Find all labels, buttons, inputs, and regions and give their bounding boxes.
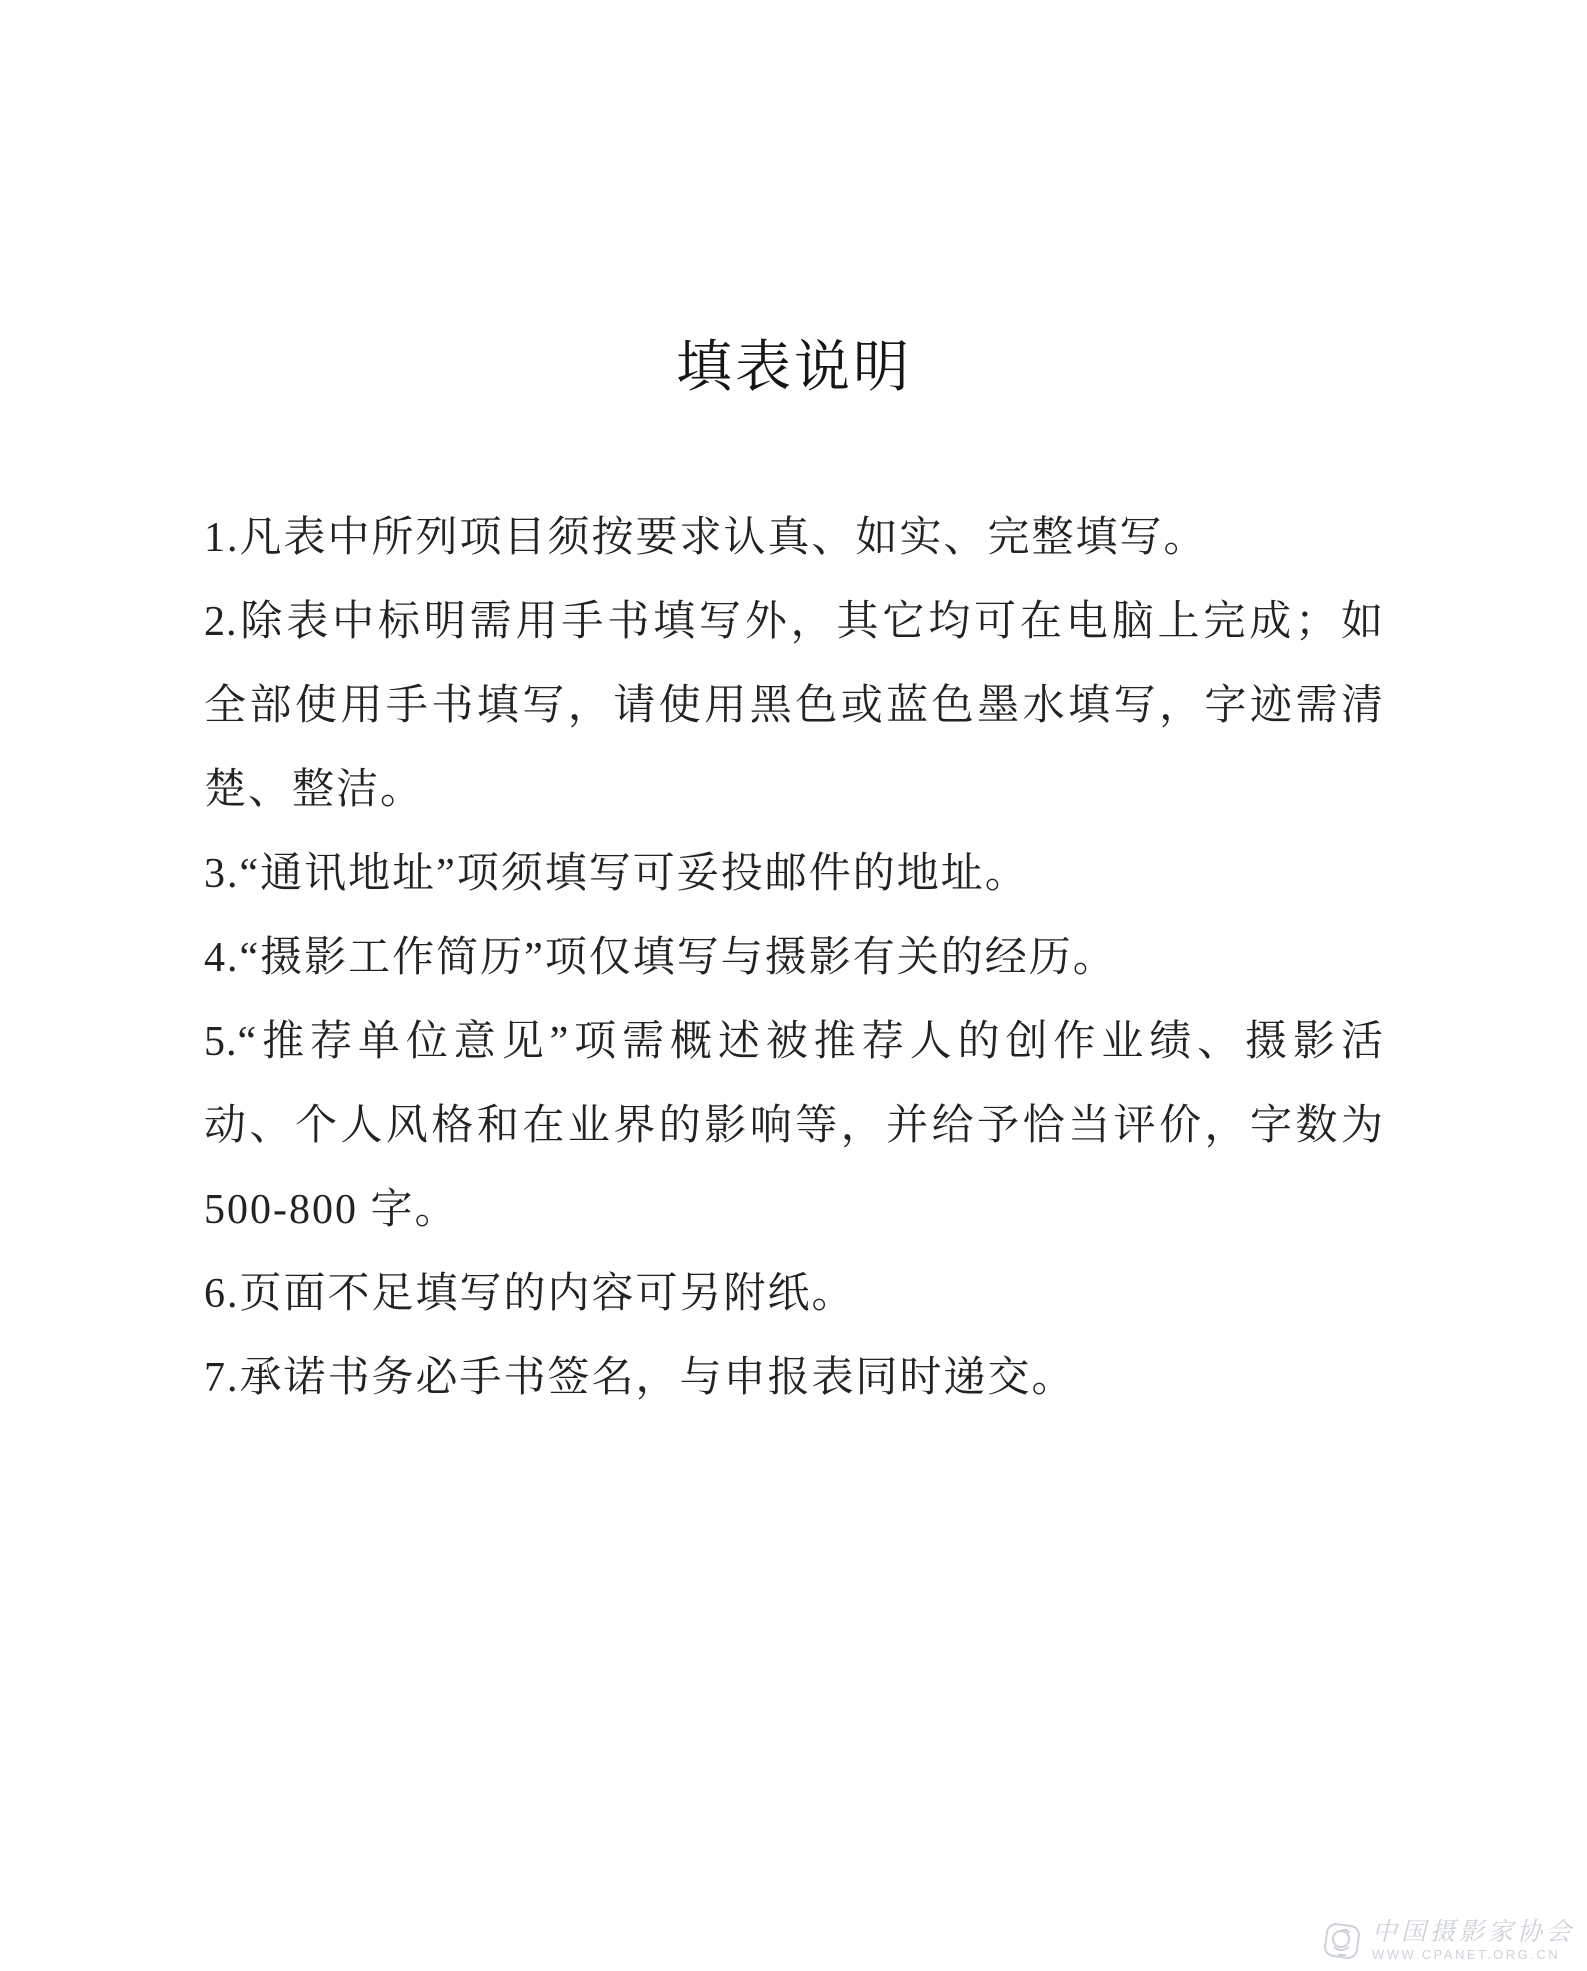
instruction-line: 楚、整洁。: [204, 748, 1384, 832]
instruction-item-5: 5.“推荐单位意见”项需概述被推荐人的创作业绩、摄影活 动、个人风格和在业界的影…: [204, 1000, 1384, 1252]
instruction-item-2: 2.除表中标明需用手书填写外，其它均可在电脑上完成；如 全部使用手书填写，请使用…: [204, 580, 1384, 832]
instructions-section: 填表说明 1.凡表中所列项目须按要求认真、如实、完整填写。 2.除表中标明需用手…: [204, 335, 1384, 1420]
instruction-line: 7.承诺书务必手书签名，与申报表同时递交。: [204, 1336, 1384, 1420]
instruction-line: 3.“通讯地址”项须填写可妥投邮件的地址。: [204, 832, 1384, 916]
watermark-text: 中国摄影家协会 WWW.CPANET.ORG.CN: [1372, 1920, 1575, 1962]
instruction-line: 2.除表中标明需用手书填写外，其它均可在电脑上完成；如: [204, 580, 1384, 664]
instruction-line: 动、个人风格和在业界的影响等，并给予恰当评价，字数为: [204, 1084, 1384, 1168]
instruction-line: 4.“摄影工作简历”项仅填写与摄影有关的经历。: [204, 916, 1384, 1000]
instruction-item-4: 4.“摄影工作简历”项仅填写与摄影有关的经历。: [204, 916, 1384, 1000]
instruction-line: 5.“推荐单位意见”项需概述被推荐人的创作业绩、摄影活: [204, 1000, 1384, 1084]
instruction-line: 1.凡表中所列项目须按要求认真、如实、完整填写。: [204, 496, 1384, 580]
document-page: 填表说明 1.凡表中所列项目须按要求认真、如实、完整填写。 2.除表中标明需用手…: [0, 0, 1587, 1971]
instruction-item-3: 3.“通讯地址”项须填写可妥投邮件的地址。: [204, 832, 1384, 916]
page-title: 填表说明: [204, 335, 1384, 401]
instruction-line: 全部使用手书填写，请使用黑色或蓝色墨水填写，字迹需清: [204, 664, 1384, 748]
instruction-line: 6.页面不足填写的内容可另附纸。: [204, 1252, 1384, 1336]
instruction-item-1: 1.凡表中所列项目须按要求认真、如实、完整填写。: [204, 496, 1384, 580]
instruction-item-6: 6.页面不足填写的内容可另附纸。: [204, 1252, 1384, 1336]
cpa-camera-logo-icon: [1320, 1917, 1364, 1965]
watermark: 中国摄影家协会 WWW.CPANET.ORG.CN: [1320, 1917, 1575, 1965]
watermark-url-text: WWW.CPANET.ORG.CN: [1372, 1948, 1560, 1962]
instruction-item-7: 7.承诺书务必手书签名，与申报表同时递交。: [204, 1336, 1384, 1420]
instruction-line: 500-800 字。: [204, 1168, 1384, 1252]
instruction-list: 1.凡表中所列项目须按要求认真、如实、完整填写。 2.除表中标明需用手书填写外，…: [204, 496, 1384, 1420]
watermark-org-text: 中国摄影家协会: [1372, 1920, 1575, 1946]
